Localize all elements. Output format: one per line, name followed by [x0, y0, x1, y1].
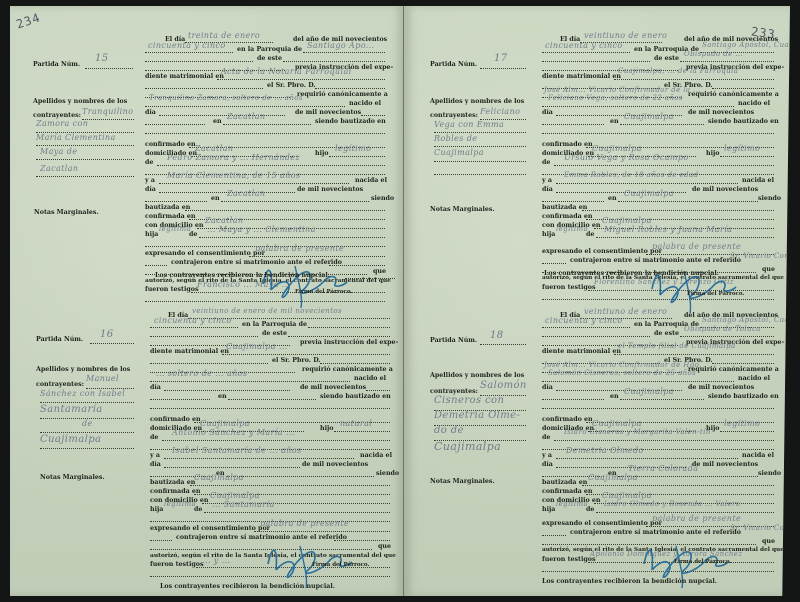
- label: nacida el: [742, 452, 774, 459]
- label: de: [150, 434, 158, 441]
- contrayente-line: Salomón: [480, 380, 527, 391]
- label: día: [145, 109, 156, 116]
- entry-form-body: El díadel año de mil novecientos veintiu…: [542, 36, 774, 296]
- consentimiento-value: palabra de presente: [652, 514, 741, 523]
- bautizado-value: Cuajimalpa: [624, 387, 674, 396]
- label: de: [542, 434, 550, 441]
- label: de este: [654, 330, 679, 337]
- label: día: [145, 186, 156, 193]
- marriage-entry-17: Partida Núm. 17 Apellidos y nombres de l…: [404, 6, 790, 301]
- contrayente-line: María Clementina: [36, 133, 116, 142]
- contrayente-line: Zacatlan: [40, 164, 78, 173]
- anio-value: cincuenta y cinco: [148, 41, 226, 50]
- label: nacido el: [354, 375, 386, 382]
- apellidos-label: Apellidos y nombres de los: [33, 98, 127, 105]
- label: nacida el: [742, 177, 774, 184]
- expediente-value: el Templo filial de Cuajimalpa: [618, 342, 736, 350]
- contrayente-line: Tranquilino: [82, 107, 133, 116]
- partida-number: 15: [95, 53, 109, 64]
- label: nacida el: [355, 177, 387, 184]
- label: expresando el consentimiento por: [145, 250, 265, 257]
- expediente-value: Acta de la Notaría Parroquial: [221, 67, 352, 76]
- label: y a: [542, 177, 552, 184]
- contrayente-line: Cuajimalpa: [434, 440, 501, 453]
- padres-novia-value: ... Santamaría: [212, 500, 275, 509]
- apellidos-label: Apellidos y nombres de los: [430, 98, 524, 105]
- label: día: [150, 461, 161, 468]
- label: que: [762, 538, 775, 545]
- hija-tipo-value: legítima: [159, 225, 191, 233]
- partida-label: Partida Núm.: [33, 61, 80, 68]
- label: siendo: [758, 195, 781, 202]
- label: diente matrimonial en: [145, 73, 224, 80]
- anio-value: cincuenta y cinco: [545, 41, 623, 50]
- label: de mil novecientos: [688, 384, 754, 391]
- right-page: 233 Partida Núm. 17 Apellidos y nombres …: [404, 6, 790, 596]
- label: de mil novecientos: [295, 109, 361, 116]
- padres-novia-value: ... Maya y ... Clementina: [207, 225, 316, 234]
- label: siendo bautizado en: [315, 118, 386, 125]
- contrayente-line: Manuel: [86, 374, 119, 383]
- label: nacido el: [738, 375, 770, 382]
- hijo-tipo-value: legítimo: [724, 144, 760, 153]
- de-este-value: Obispado de ...: [684, 50, 743, 58]
- novia-domicilio-value: Zacatlan: [205, 216, 243, 225]
- label: de: [145, 159, 153, 166]
- bautizado-value: Cuajimalpa: [624, 112, 674, 121]
- label: hijo: [706, 150, 719, 157]
- fecha-value: treinta de enero: [188, 31, 260, 40]
- label: siendo: [758, 470, 781, 477]
- label: requirió canónicamente a: [302, 366, 393, 373]
- novia-value: Isabel Santamaría de ... años: [172, 446, 301, 455]
- contrayente-line: Santamaría: [40, 404, 103, 415]
- contrayente-line: Maya de: [40, 147, 77, 156]
- label: nacida el: [360, 452, 392, 459]
- label: hija: [145, 231, 158, 238]
- firma-parroco-label: Firma del Párroco.: [295, 289, 352, 295]
- novia-bautizada-value: Cuajimalpa: [194, 473, 244, 482]
- padres-novio-value: Antonio Sánchez y María ...: [172, 428, 295, 437]
- firma-parroco-label: Firma del Párroco.: [687, 291, 744, 297]
- partida-label: Partida Núm.: [430, 337, 477, 344]
- ante-value: Sr. Vicario Confirmador: [730, 252, 790, 260]
- label: de mil novecientos: [692, 461, 758, 468]
- testigos-value: ... y ...: [202, 556, 230, 565]
- marriage-entry-18: Partida Núm. 18 Apellidos y nombres de l…: [404, 302, 790, 596]
- notas-marginales-label: Notas Marginales.: [430, 478, 495, 485]
- domiciliado-value: Cuajimalpa: [200, 419, 250, 428]
- label: hija: [542, 506, 555, 513]
- label: diente matrimonial en: [542, 73, 621, 80]
- contrayente-line: Cisneros con: [434, 395, 504, 406]
- requirio-value: Tranquilino Zamora, soltero de ... años: [149, 94, 303, 102]
- contrayente-line: Vega con Emma: [434, 120, 504, 129]
- hijo-tipo-value: legítimo: [724, 419, 760, 428]
- novia-bautizada-value: Cuajimalpa: [588, 473, 638, 482]
- label: en la Parroquia de: [237, 46, 302, 53]
- label: requirió canónicamente a: [688, 91, 779, 98]
- novia-bautizada-value: Zacatlan: [227, 189, 265, 198]
- fecha-value: veintiuno de enero de mil novecientos: [192, 307, 342, 315]
- requirio-value: Salomón Cisneros, soltero de 25 años: [548, 369, 696, 377]
- label: nacido el: [349, 100, 381, 107]
- label: en: [213, 118, 222, 125]
- bendicion-label: Los contrayentes recibieron la bendición…: [544, 270, 719, 277]
- contrayente-line: do de: [434, 425, 464, 436]
- label: de mil novecientos: [297, 186, 363, 193]
- label: en la Parroquia de: [242, 321, 307, 328]
- novia-domicilio-value: Cuajimalpa: [602, 491, 652, 500]
- label: y a: [150, 452, 160, 459]
- partida-number: 17: [494, 53, 508, 64]
- notas-marginales-label: Notas Marginales.: [430, 206, 495, 213]
- partida-label: Partida Núm.: [430, 61, 477, 68]
- parroquia-value: Santiago Apo...: [307, 41, 375, 50]
- label: día: [542, 109, 553, 116]
- novia-bautizada-value: Cuajimalpa: [624, 189, 674, 198]
- label: en: [608, 195, 617, 202]
- firma-parroco-label: Firma del Párroco.: [674, 559, 731, 565]
- hijo-tipo-value: natural: [340, 419, 372, 428]
- label: siendo: [371, 195, 394, 202]
- label: de mil novecientos: [302, 461, 368, 468]
- label: hija: [150, 506, 163, 513]
- firma-parroco-label: Firma del Párroco.: [312, 562, 369, 568]
- ante-value: Sr. Vicario Confirmador: [730, 524, 790, 532]
- contrayentes-label: contrayentes:: [36, 381, 84, 388]
- fecha-value: veintiuno de enero: [584, 31, 667, 40]
- hija-tipo-value: legítima: [556, 225, 588, 233]
- label: requirió canónicamente a: [688, 366, 779, 373]
- novia-value: Emma Robles, de 18 años de edad: [564, 171, 698, 179]
- anio-value: cincuenta y cinco: [154, 316, 232, 325]
- label: en: [211, 195, 220, 202]
- bendicion-label: Los contrayentes recibieron la bendición…: [542, 578, 717, 585]
- consentimiento-value: palabra de presente: [260, 519, 349, 528]
- parroquia-value: Santiago Apóstol, Cuautepec: [702, 316, 790, 324]
- de-este-value: Obispado de Toluca: [684, 325, 761, 333]
- label: de este: [262, 330, 287, 337]
- partida-number: 16: [100, 329, 114, 340]
- padres-novia-value: Isidro Olmedo y Rosenda ... Valero: [604, 500, 740, 508]
- parroquia-value: Santiago Apóstol, Cuautepec: [702, 41, 790, 49]
- label: bautizada en: [150, 479, 195, 486]
- label: el Sr. Pbro. D.: [267, 82, 316, 89]
- hija-tipo-value: legítima: [164, 500, 196, 508]
- entry-form-body: El día veintiuno de enero de mil novecie…: [150, 312, 390, 552]
- hija-tipo-value: legítima: [556, 500, 588, 508]
- notas-marginales-label: Notas Marginales.: [34, 209, 99, 216]
- novia-domicilio-value: Cuajimalpa: [602, 216, 652, 225]
- consentimiento-value: palabra de presente: [652, 242, 741, 251]
- contrayentes-label: contrayentes:: [430, 112, 478, 119]
- label: siendo bautizado en: [320, 393, 391, 400]
- expediente-value: Cuajimalpa ...: [226, 342, 288, 351]
- bautizado-value: Zacatlan: [227, 112, 265, 121]
- contrayente-line: Robles de: [434, 134, 477, 143]
- left-page: 234 Partida Núm. 15 Apellidos y nombres …: [10, 6, 404, 596]
- hijo-tipo-value: legítimo: [335, 144, 371, 153]
- label: de mil novecientos: [688, 109, 754, 116]
- padres-novia-value: Miguel Robles y Juana María: [604, 225, 732, 234]
- contrayente-line: Demetria Olme-: [434, 410, 520, 421]
- bendicion-label: Los contrayentes recibieron la bendición…: [160, 583, 335, 590]
- label: día: [542, 461, 553, 468]
- apellidos-label: Apellidos y nombres de los: [36, 366, 130, 373]
- contrayente-line: Cuajimalpa: [434, 148, 484, 157]
- novia-nacimiento-value: Tierra Colorada: [628, 464, 698, 473]
- label: día: [150, 384, 161, 391]
- contrayente-line: de: [82, 419, 93, 428]
- label: de: [542, 159, 550, 166]
- requirio-value: Feliciano Vega, soltero de 22 años: [548, 94, 683, 102]
- label: de este: [257, 55, 282, 62]
- anio-value: cincuenta y cinco: [545, 316, 623, 325]
- label: de mil novecientos: [300, 384, 366, 391]
- fecha-value: veintiuno de enero: [584, 307, 667, 316]
- novia-domicilio-value: Cuajimalpa: [210, 491, 260, 500]
- label: confirmada en: [150, 488, 201, 495]
- label: siendo: [376, 470, 399, 477]
- notas-marginales-label: Notas Marginales.: [40, 474, 105, 481]
- domiciliado-value: Cuajimalpa: [592, 419, 642, 428]
- label: en: [610, 393, 619, 400]
- contrayente-line: Cuajimalpa: [40, 434, 101, 445]
- domiciliado-value: Cuajimalpa: [592, 144, 642, 153]
- label: el Sr. Pbro. D.: [272, 357, 321, 364]
- partida-number: 18: [490, 330, 504, 341]
- label: en: [218, 393, 227, 400]
- label: confirmada en: [542, 213, 593, 220]
- requirio-value: ... soltero de ... años: [156, 369, 247, 378]
- padres-novio-value: Ursulo Vega y Rosa Ocampo: [564, 153, 689, 162]
- label: en: [610, 118, 619, 125]
- label: de mil novecientos: [692, 186, 758, 193]
- partida-label: Partida Núm.: [36, 336, 83, 343]
- priest-signature: [255, 254, 350, 309]
- label: confirmada en: [145, 213, 196, 220]
- label: expresando el consentimiento por: [542, 520, 662, 527]
- padres-novio-value: Isidro Cisneros y Margarita Valen-tín: [564, 428, 711, 436]
- contrayente-line: Feliciano: [480, 107, 520, 116]
- contrayente-line: Zamora con: [36, 119, 88, 128]
- contrayentes-label: contrayentes:: [430, 388, 478, 395]
- label: requirió canónicamente a: [297, 91, 388, 98]
- apellidos-label: Apellidos y nombres de los: [430, 372, 524, 379]
- label: siendo bautizado en: [708, 393, 779, 400]
- label: diente matrimonial en: [542, 348, 621, 355]
- label: día: [542, 186, 553, 193]
- consentimiento-value: palabra de presente: [255, 244, 344, 253]
- label: y a: [542, 452, 552, 459]
- label: diente matrimonial en: [150, 348, 229, 355]
- label: nacido el: [738, 100, 770, 107]
- domiciliado-value: Zacatlan: [195, 144, 233, 153]
- label: confirmada en: [542, 488, 593, 495]
- expediente-value: Cuajimalpa, ... de la Parroquia: [618, 67, 738, 75]
- contrayentes-label: contrayentes:: [33, 112, 81, 119]
- label: expresando el consentimiento por: [150, 525, 270, 532]
- novia-value: María Clementina, de 15 años: [167, 171, 301, 180]
- padres-novio-value: Pedro Zamora y ... Hernández: [167, 153, 300, 162]
- label: hijo: [320, 425, 333, 432]
- contrayente-line: Sánchez con Isabel: [40, 389, 125, 398]
- entry-form-body: El díadel año de mil novecientos veintiu…: [542, 312, 774, 552]
- label: hijo: [315, 150, 328, 157]
- label: bautizada en: [145, 204, 190, 211]
- label: bautizada en: [542, 204, 587, 211]
- label: previa instrucción del expe-: [300, 339, 398, 346]
- label: y a: [145, 177, 155, 184]
- novia-value: Demetria Olmedo: [566, 446, 644, 455]
- label: de este: [654, 55, 679, 62]
- label: siendo bautizado en: [708, 118, 779, 125]
- bendicion-label: Los contrayentes recibieron la bendición…: [155, 272, 330, 279]
- label: bautizada en: [542, 479, 587, 486]
- label: expresando el consentimiento por: [542, 248, 662, 255]
- label: que: [378, 543, 391, 550]
- book-gutter: [403, 6, 404, 596]
- label: hija: [542, 231, 555, 238]
- label: día: [542, 384, 553, 391]
